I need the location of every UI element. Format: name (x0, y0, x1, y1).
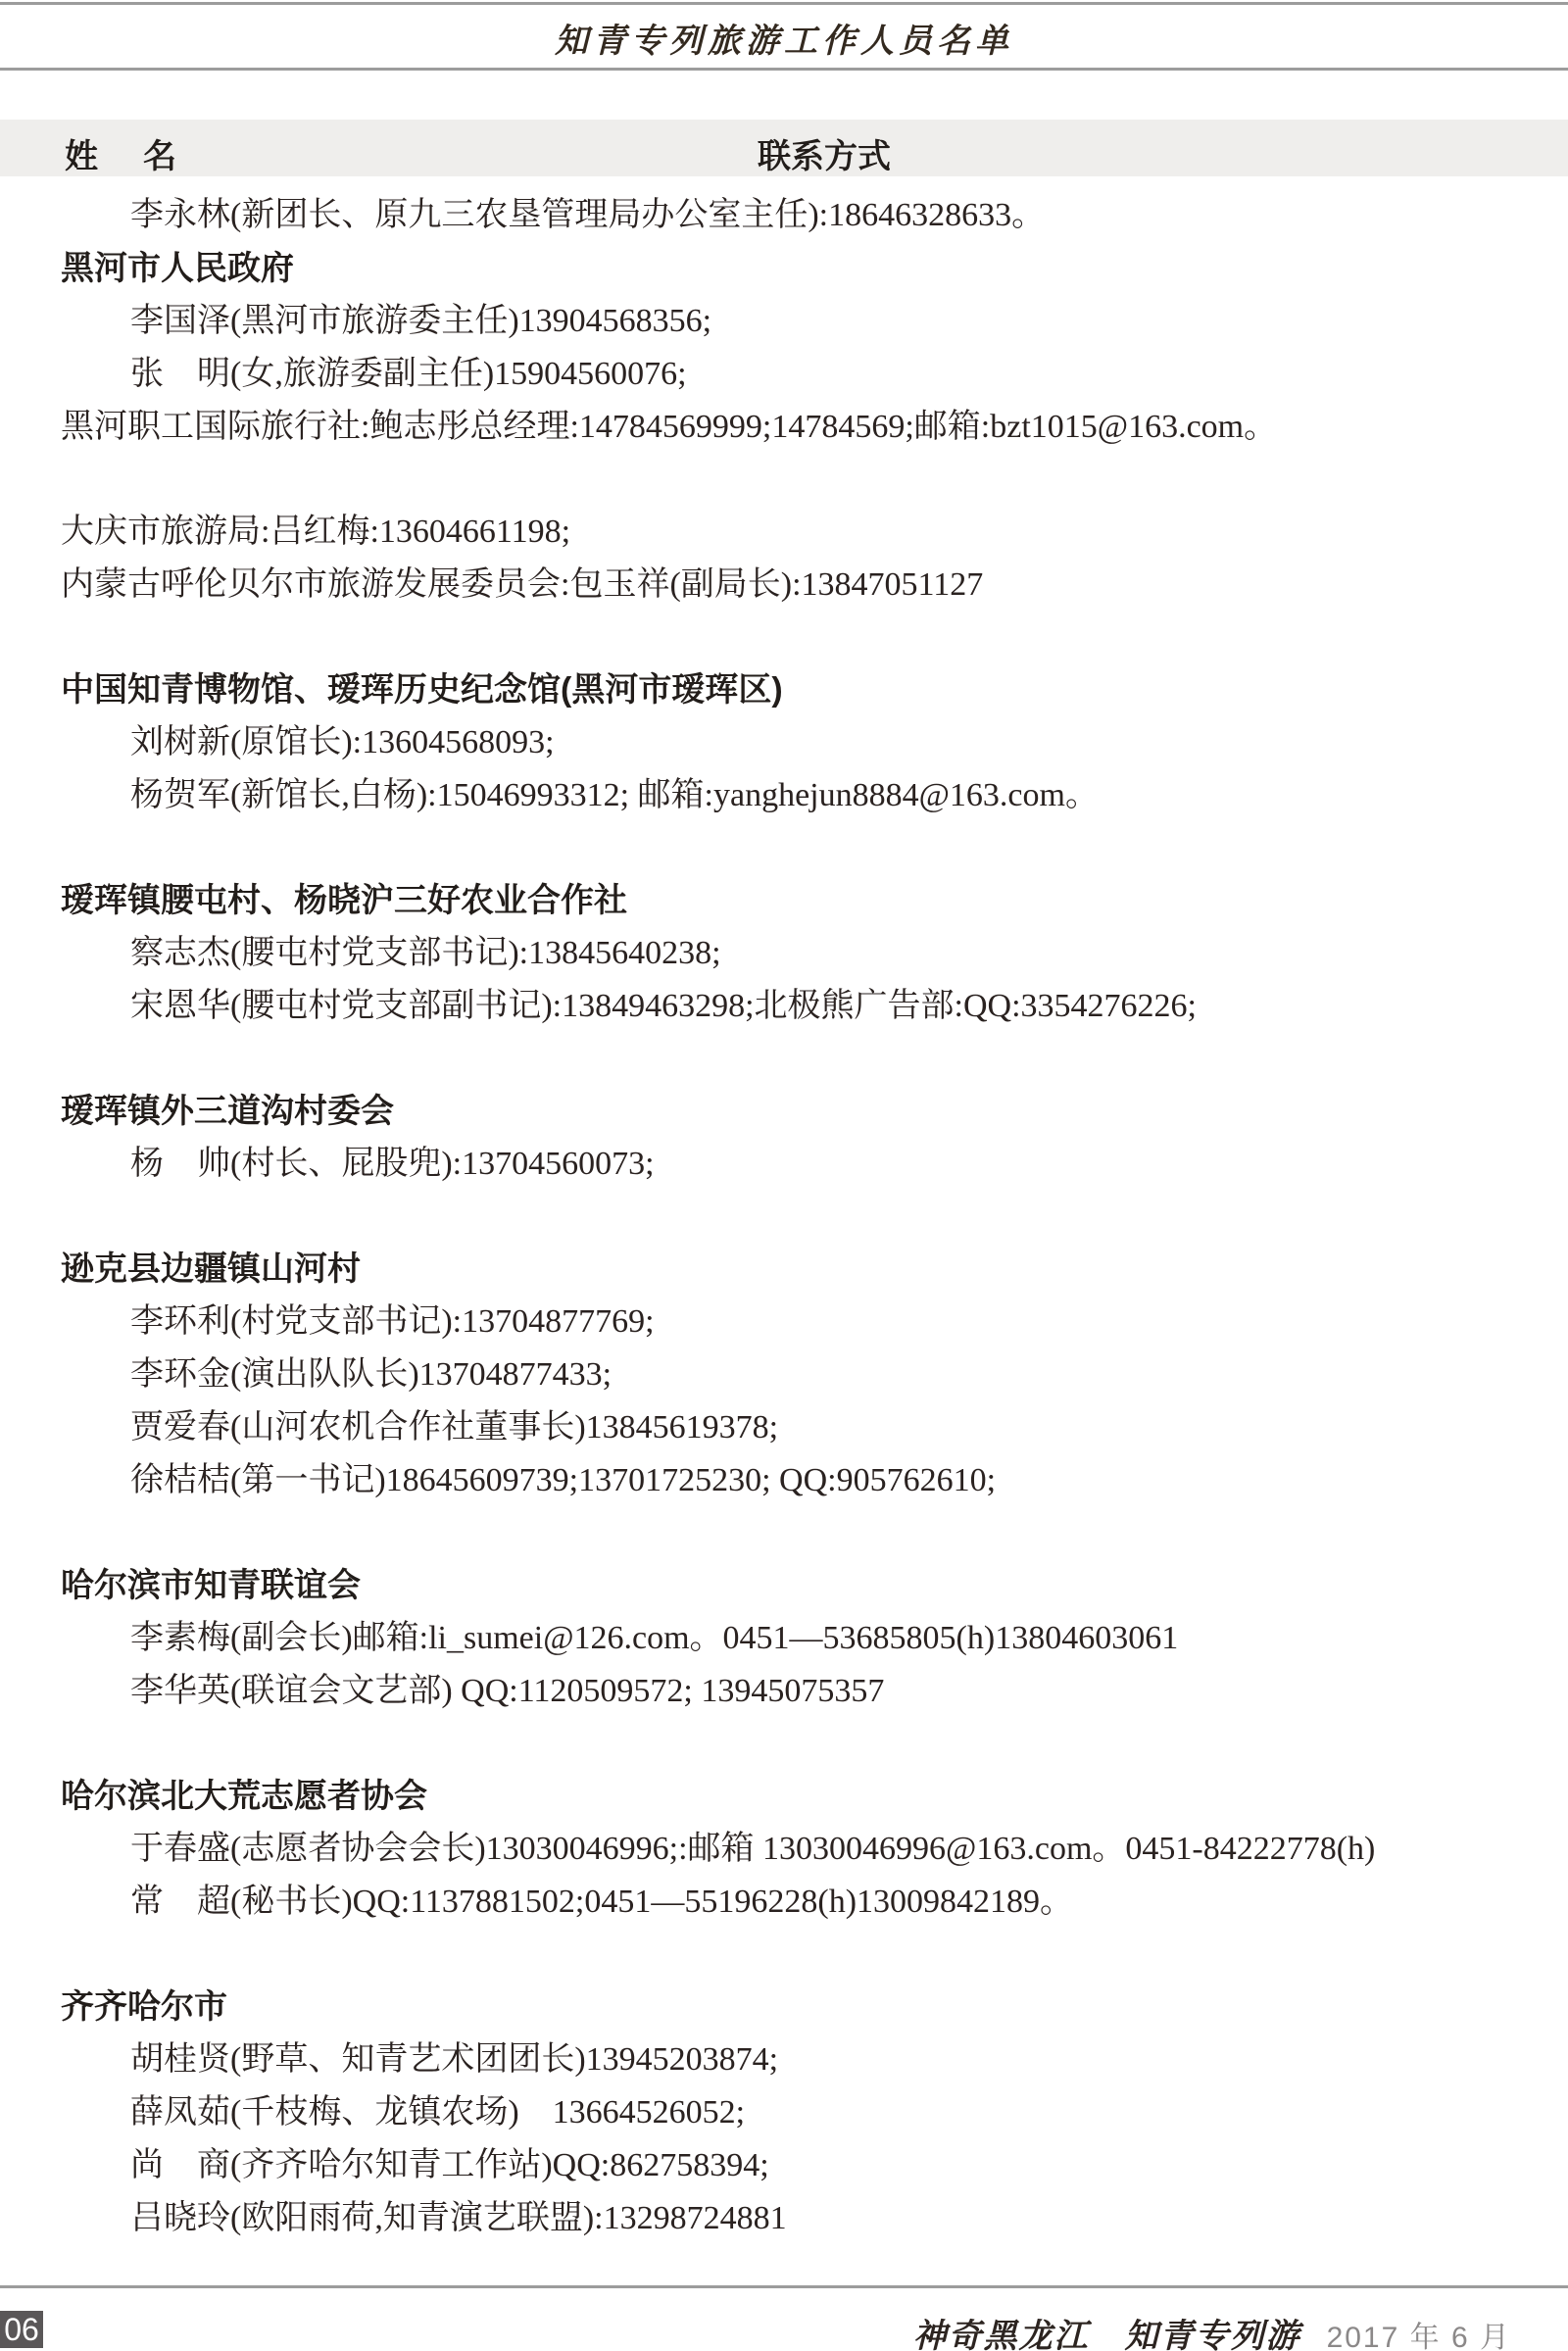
list-item: 尚 商(齐齐哈尔知青工作站)QQ:862758394; (0, 2139, 1568, 2192)
section-heading: 瑷珲镇腰屯村、杨晓沪三好农业合作社 (0, 874, 1568, 927)
list-item: 李素梅(副会长)邮箱:li_sumei@126.com。0451—5368580… (0, 1612, 1568, 1665)
list-item: 李永林(新团长、原九三农垦管理局办公室主任):18646328633。 (0, 189, 1568, 242)
table-column-header: 姓 名 联系方式 (0, 120, 1568, 176)
list-item: 大庆市旅游局:吕红梅:13604661198; (0, 506, 1568, 559)
list-item: 内蒙古呼伦贝尔市旅游发展委员会:包玉祥(副局长):13847051127 (0, 559, 1568, 612)
section-heading: 瑷珲镇外三道沟村委会 (0, 1085, 1568, 1138)
list-item: 徐桔桔(第一书记)18645609739;13701725230; QQ:905… (0, 1454, 1568, 1507)
list-item: 李环金(演出队队长)13704877433; (0, 1348, 1568, 1401)
list-item: 张 明(女,旅游委副主任)15904560076; (0, 348, 1568, 401)
list-item: 常 超(秘书长)QQ:1137881502;0451—55196228(h)13… (0, 1876, 1568, 1929)
page-title: 知青专列旅游工作人员名单 (0, 14, 1568, 62)
list-item: 于春盛(志愿者协会会长)13030046996;:邮箱 13030046996@… (0, 1823, 1568, 1876)
list-item: 吕晓玲(欧阳雨荷,知青演艺联盟):13298724881 (0, 2192, 1568, 2245)
list-item: 宋恩华(腰屯村党支部副书记):13849463298;北极熊广告部:QQ:335… (0, 980, 1568, 1033)
list-item: 李环利(村党支部书记):13704877769; (0, 1296, 1568, 1348)
section-heading: 逊克县边疆镇山河村 (0, 1243, 1568, 1296)
magazine-title: 神奇黑龙江 知青专列游 (913, 2309, 1301, 2351)
list-item: 杨 帅(村长、屁股兜):13704560073; (0, 1138, 1568, 1191)
contact-list: 李永林(新团长、原九三农垦管理局办公室主任):18646328633。黑河市人民… (0, 189, 1568, 2245)
section-heading: 中国知青博物馆、瑷珲历史纪念馆(黑河市瑷珲区) (0, 663, 1568, 716)
section-heading: 黑河市人民政府 (0, 242, 1568, 295)
column-header-contact: 联系方式 (758, 129, 891, 177)
list-item: 李华英(联谊会文艺部) QQ:1120509572; 13945075357 (0, 1665, 1568, 1718)
title-rule (0, 68, 1568, 71)
footer-rule (0, 2285, 1568, 2288)
list-item: 刘树新(原馆长):13604568093; (0, 716, 1568, 769)
list-item: 胡桂贤(野草、知青艺术团团长)13945203874; (0, 2033, 1568, 2086)
section-heading: 哈尔滨北大荒志愿者协会 (0, 1770, 1568, 1823)
column-header-name: 姓 名 (65, 129, 182, 177)
section-heading: 齐齐哈尔市 (0, 1981, 1568, 2033)
section-heading: 哈尔滨市知青联谊会 (0, 1559, 1568, 1612)
list-item: 李国泽(黑河市旅游委主任)13904568356; (0, 295, 1568, 348)
page-number: 06 (0, 2311, 43, 2348)
top-rule (0, 2, 1568, 5)
list-item: 黑河职工国际旅行社:鲍志彤总经理:14784569999;14784569;邮箱… (0, 401, 1568, 454)
list-item: 贾爱春(山河农机合作社董事长)13845619378; (0, 1401, 1568, 1454)
issue-date: 2017 年 6 月 (1327, 2313, 1511, 2351)
list-item: 察志杰(腰屯村党支部书记):13845640238; (0, 927, 1568, 980)
magazine-page: 知青专列旅游工作人员名单 姓 名 联系方式 李永林(新团长、原九三农垦管理局办公… (0, 0, 1568, 2351)
list-item: 杨贺军(新馆长,白杨):15046993312; 邮箱:yanghejun888… (0, 769, 1568, 822)
list-item: 薛凤茹(千枝梅、龙镇农场) 13664526052; (0, 2086, 1568, 2139)
footer-right: 神奇黑龙江 知青专列游 2017 年 6 月 (913, 2309, 1511, 2351)
